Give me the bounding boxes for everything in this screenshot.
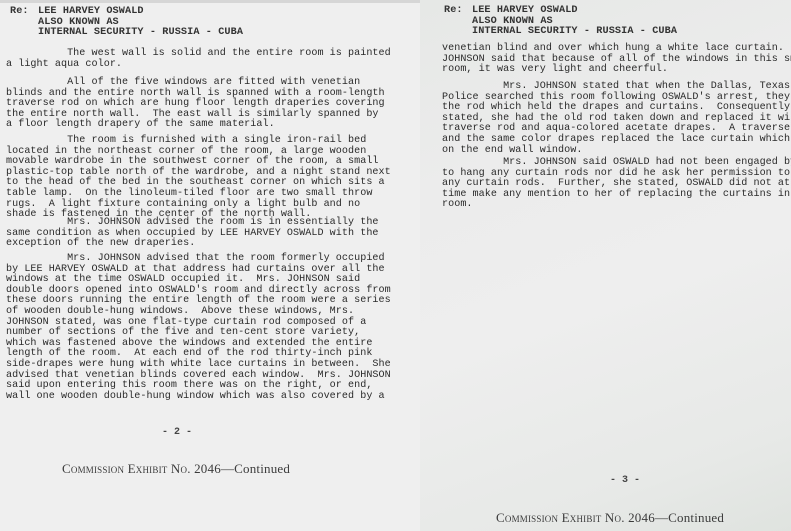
paragraph: Mrs. JOHNSON said OSWALD had not been en… bbox=[442, 158, 791, 211]
caption-prefix: Commission Exhibit No. bbox=[62, 461, 194, 476]
subject-lines: LEE HARVEY OSWALDALSO KNOWN ASINTERNAL S… bbox=[472, 6, 677, 38]
subject-line: LEE HARVEY OSWALD bbox=[38, 7, 243, 18]
document-page-3: Re: LEE HARVEY OSWALDALSO KNOWN ASINTERN… bbox=[420, 0, 791, 531]
paragraph: venetian blind and over which hung a whi… bbox=[442, 44, 791, 76]
page-number: - 2 - bbox=[162, 427, 192, 438]
paragraph: Mrs. JOHNSON advised the room is in esse… bbox=[6, 218, 379, 250]
subject-lines: LEE HARVEY OSWALDALSO KNOWN ASINTERNAL S… bbox=[38, 7, 243, 39]
caption-suffix: —Continued bbox=[221, 461, 290, 476]
exhibit-caption: Commission Exhibit No. 2046—Continued bbox=[62, 461, 290, 477]
paragraph: The west wall is solid and the entire ro… bbox=[6, 49, 391, 70]
caption-suffix: —Continued bbox=[655, 510, 724, 525]
subject-line: INTERNAL SECURITY - RUSSIA - CUBA bbox=[472, 27, 677, 38]
exhibit-number: 2046 bbox=[628, 510, 655, 525]
page-number: - 3 - bbox=[610, 475, 640, 486]
paragraph: The room is furnished with a single iron… bbox=[6, 136, 391, 221]
paragraph: Mrs. JOHNSON advised that the room forme… bbox=[6, 254, 391, 402]
document-page-2: Re: LEE HARVEY OSWALDALSO KNOWN ASINTERN… bbox=[0, 0, 420, 531]
paragraph: All of the five windows are fitted with … bbox=[6, 78, 385, 131]
re-label: Re: bbox=[444, 6, 463, 17]
exhibit-caption: Commission Exhibit No. 2046—Continued bbox=[496, 510, 724, 526]
subject-line: INTERNAL SECURITY - RUSSIA - CUBA bbox=[38, 28, 243, 39]
subject-line: LEE HARVEY OSWALD bbox=[472, 6, 677, 17]
re-label: Re: bbox=[10, 7, 29, 18]
exhibit-number: 2046 bbox=[194, 461, 221, 476]
paragraph: Mrs. JOHNSON stated that when the Dallas… bbox=[442, 82, 791, 156]
caption-prefix: Commission Exhibit No. bbox=[496, 510, 628, 525]
